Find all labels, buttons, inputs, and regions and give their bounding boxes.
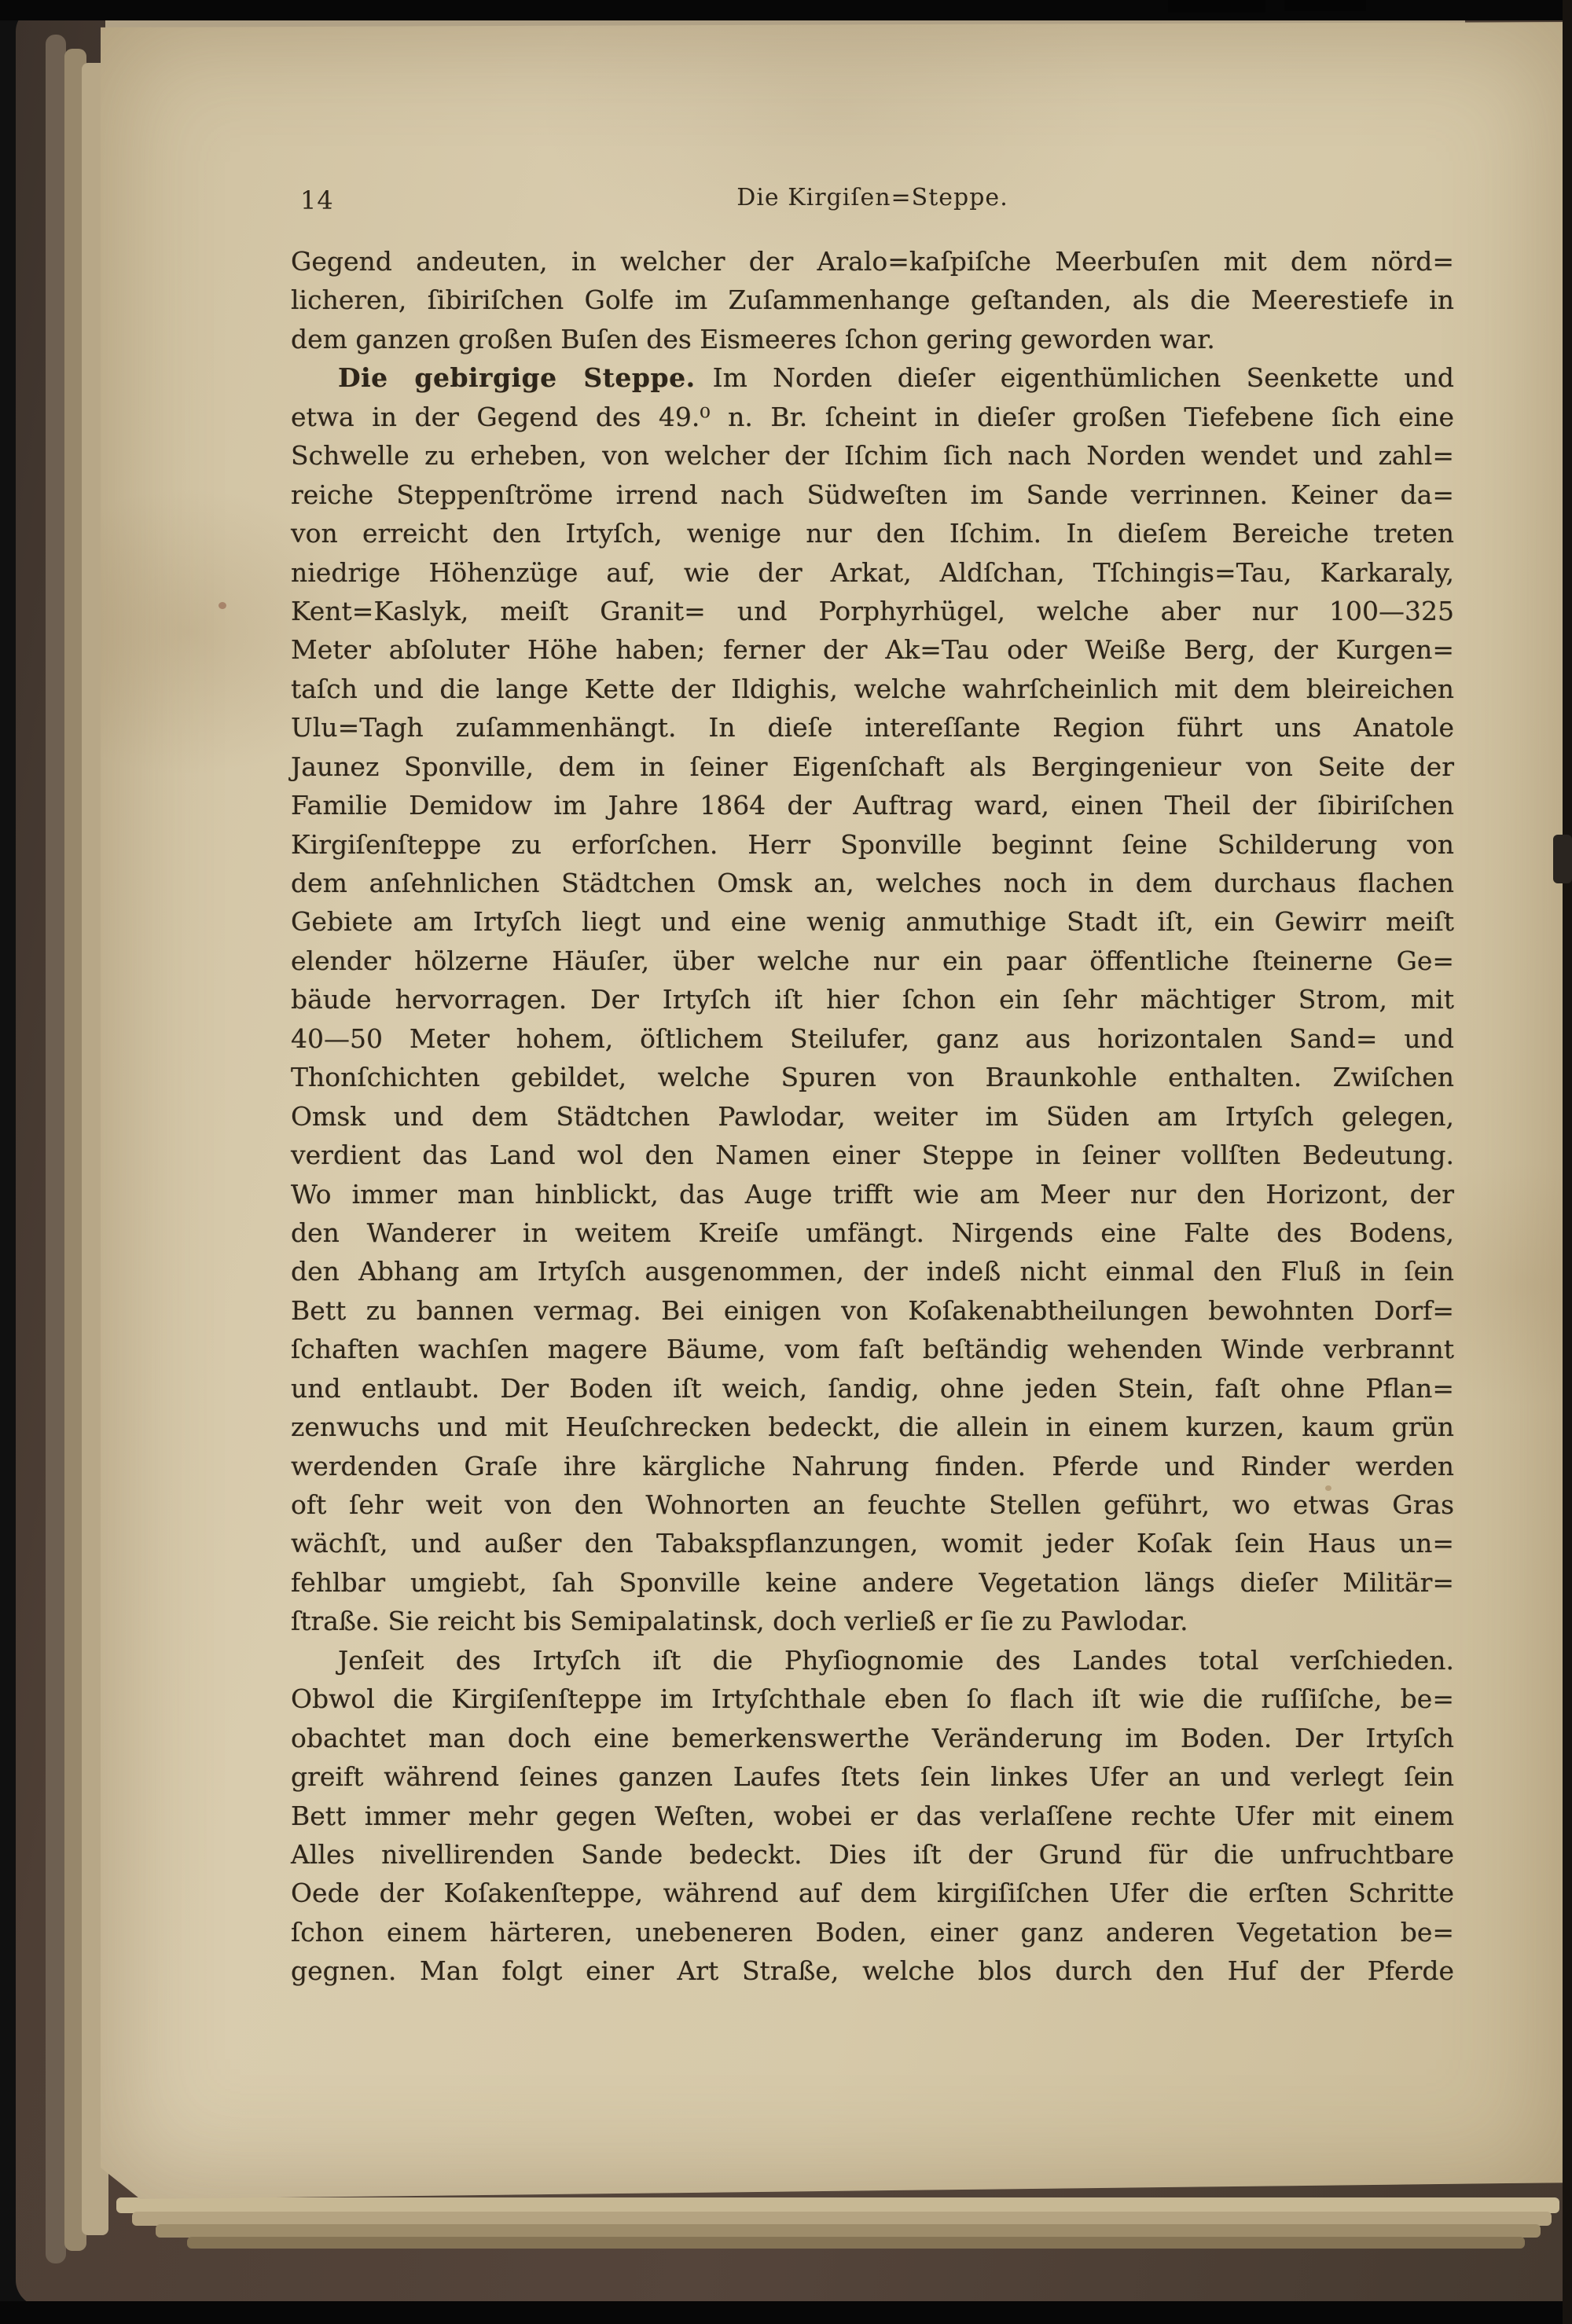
text-line: Obwol die Kirgiſenſteppe im Irtyſchthale… [291,1680,1454,1718]
text-line: Jenſeit des Irtyſch iſt die Phyſiognomie… [291,1641,1454,1680]
text-line: Wo immer man hinblickt, das Auge trifft … [291,1175,1454,1213]
page-stack-edge [156,2224,1541,2238]
text-line: werdenden Graſe ihre kärgliche Nahrung f… [291,1447,1454,1485]
text-line: Schwelle zu erheben, von welcher der Iſc… [291,436,1454,475]
paragraph: Gegend andeuten, in welcher der Aralo=ka… [291,242,1454,358]
scan-artifact [1168,0,1265,13]
scan-artifact [1284,0,1366,11]
text-line: zenwuchs und mit Heuſchrecken bedeckt, d… [291,1408,1454,1446]
text-line: Thonſchichten gebildet, welche Spuren vo… [291,1058,1454,1096]
text-line: fehlbar umgiebt, ſah Sponville keine and… [291,1563,1454,1602]
text-line: ſtraße. Sie reicht bis Semipalatinsk, do… [291,1602,1454,1640]
text-line: etwa in der Gegend des 49.⁰ n. Br. ſchei… [291,398,1454,436]
text-line: Oede der Koſakenſteppe, während auf dem … [291,1874,1454,1912]
text-line: Omsk und dem Städtchen Pawlodar, weiter … [291,1097,1454,1136]
text-line: dem ganzen großen Buſen des Eismeeres ſc… [291,320,1454,358]
text-line: verdient das Land wol den Namen einer St… [291,1136,1454,1174]
page-stack-edge [187,2237,1525,2249]
text-line: Bett immer mehr gegen Weſten, wobei er d… [291,1797,1454,1835]
scan-edge-right [1563,0,1572,2324]
page-stack-edge [116,2197,1559,2213]
text-line: niedrige Höhenzüge auf, wie der Arkat, A… [291,553,1454,592]
paragraph: Die gebirgige Steppe.Im Norden dieſer ei… [291,358,1454,1640]
page-header: 14 Die Kirgiſen=Steppe. [291,184,1454,218]
text-line: Meter abſoluter Höhe haben; ferner der A… [291,630,1454,669]
book-page: 14 Die Kirgiſen=Steppe. Gegend andeuten,… [101,22,1566,2199]
text-line: Kirgiſenſteppe zu erforſchen. Herr Sponv… [291,825,1454,864]
text-line: Kent=Kaslyk, meiſt Granit= und Porphyrhü… [291,592,1454,630]
page-stack-edge [46,35,66,2263]
text-line: elender hölzerne Häuſer, über welche nur… [291,942,1454,980]
text-line: Gegend andeuten, in welcher der Aralo=ka… [291,242,1454,281]
section-lead: Die gebirgige Steppe. [338,362,696,393]
text-line: Die gebirgige Steppe.Im Norden dieſer ei… [291,358,1454,397]
text-line: 40—50 Meter hohem, öſtlichem Steilufer, … [291,1019,1454,1058]
text-line: den Wanderer in weitem Kreiſe umfängt. N… [291,1213,1454,1252]
text-line: Gebiete am Irtyſch liegt und eine wenig … [291,902,1454,941]
paragraph: Jenſeit des Irtyſch iſt die Phyſiognomie… [291,1641,1454,1991]
text-line: und entlaubt. Der Boden iſt weich, ſandi… [291,1369,1454,1408]
scan-background: 14 Die Kirgiſen=Steppe. Gegend andeuten,… [0,0,1572,2324]
text-line: gegnen. Man folgt einer Art Straße, welc… [291,1951,1454,1990]
paper-speckle [219,602,226,609]
text-line: Bett zu bannen vermag. Bei einigen von K… [291,1291,1454,1330]
text-line: Ulu=Tagh zuſammenhängt. In dieſe intereſ… [291,708,1454,747]
text-line: den Abhang am Irtyſch ausgenommen, der i… [291,1252,1454,1290]
text-line: von erreicht den Irtyſch, wenige nur den… [291,514,1454,553]
scanner-bar-bottom [0,2301,1572,2324]
text-line: dem anſehnlichen Städtchen Omsk an, welc… [291,864,1454,902]
text-line: obachtet man doch eine bemerkenswerthe V… [291,1719,1454,1757]
text-line: reiche Steppenſtröme irrend nach Südweſt… [291,475,1454,514]
text-line: Jaunez Sponville, dem in ſeiner Eigenſch… [291,747,1454,786]
text-line: bäude hervorragen. Der Irtyſch iſt hier … [291,980,1454,1019]
text-line: Alles nivellirenden Sande bedeckt. Dies … [291,1835,1454,1874]
text-line: ſchaften wachſen magere Bäume, vom faſt … [291,1330,1454,1368]
text-line: wächſt, und außer den Tabakspflanzungen,… [291,1524,1454,1562]
running-title: Die Kirgiſen=Steppe. [291,184,1454,211]
text-line: licheren, ſibiriſchen Golfe im Zuſammenh… [291,281,1454,319]
text-block: Gegend andeuten, in welcher der Aralo=ka… [291,242,1454,1991]
text-line: taſch und die lange Kette der Ildighis, … [291,670,1454,708]
text-line: oft ſehr weit von den Wohnorten an feuch… [291,1485,1454,1524]
text-line: Familie Demidow im Jahre 1864 der Auftra… [291,786,1454,824]
text-line: ſchon einem härteren, unebeneren Boden, … [291,1913,1454,1951]
page-number: 14 [300,185,334,215]
scan-artifact [1553,835,1572,883]
text-line: greift während ſeines ganzen Laufes ſtet… [291,1757,1454,1796]
